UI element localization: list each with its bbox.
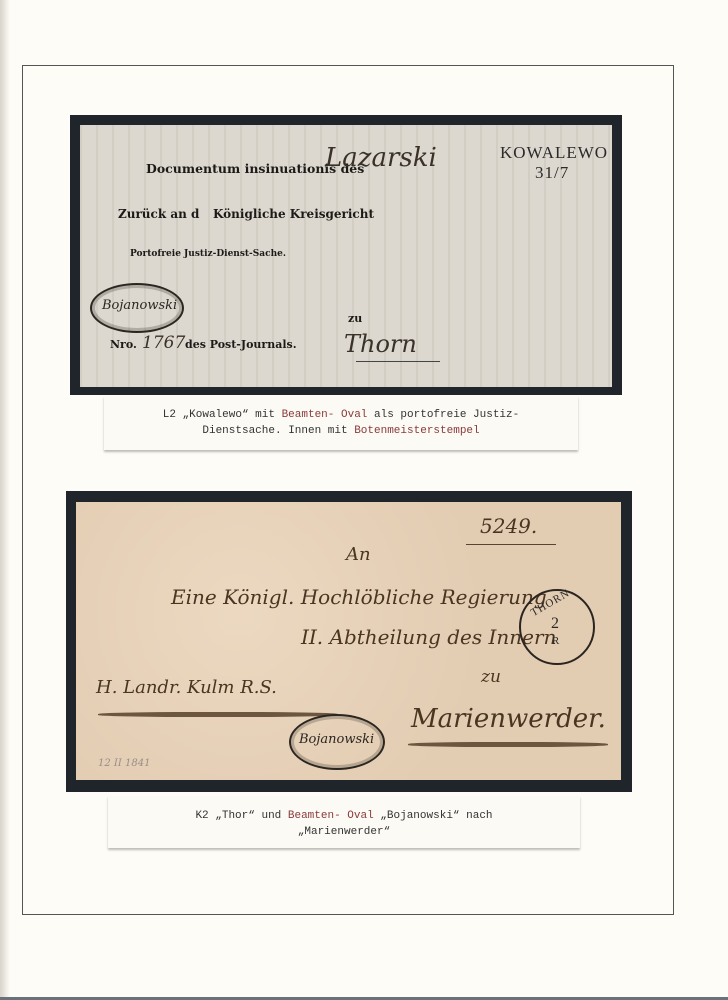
item1-caption-highlight-oval: Beamten- Oval [282,409,368,421]
item1-journal-prefix: Nro. [110,338,137,351]
item2-sender-note: H. Landr. Kulm R.S. [96,677,277,698]
item2-destination-underline [408,742,608,747]
item2-an: An [346,544,371,565]
item1-addressee: Lazarski [325,143,437,173]
item2-caption-highlight-oval: Beamten- Oval [288,810,374,822]
item2-caption: K2 „Thor“ und Beamten- Oval „Bojanowski“… [108,796,580,848]
item2-reference-underline [466,544,556,545]
item1-caption-highlight-boten: Botenmeisterstempel [354,425,479,437]
item1-mount: Documentum insinuationis des Lazarski KO… [70,115,622,395]
item2-pencil-note: 12 II 1841 [98,758,150,769]
item1-oval-stamp: Bojanowski [90,283,184,333]
item1-postfree-line: Portofreie Justiz-Dienst-Sache. [130,249,286,259]
item2-oval-stamp: Bojanowski [289,714,385,770]
item1-caption: L2 „Kowalewo“ mit Beamten- Oval als port… [104,396,578,450]
item1-postmark-town: KOWALEWO [500,143,608,163]
item1-caption-line2: Dienstsache. Innen mit Botenmeisterstemp… [104,423,578,439]
item1-journal-suffix: des Post-Journals. [185,338,297,351]
item2-postmark-month: R [552,635,560,647]
item1-oval-stamp-text: Bojanowski [102,298,177,313]
item2-oval-stamp-text: Bojanowski [299,732,374,747]
item2-address-line1: Eine Königl. Hochlöbliche Regierung [171,585,547,609]
item2-cover: 5249. An Eine Königl. Hochlöbliche Regie… [76,502,621,780]
item2-destination: Marienwerder. [411,704,606,734]
item1-destination-underline [356,361,440,362]
item1-cover: Documentum insinuationis des Lazarski KO… [80,125,612,387]
item1-return-line: Zurück an d [118,207,199,221]
item1-zu: zu [348,312,362,325]
item2-sender-underline [98,712,338,717]
page-left-shadow [0,0,10,1000]
item1-postmark-date: 31/7 [535,163,569,183]
item2-reference-number: 5249. [480,514,537,538]
item1-journal-number: 1767 [142,333,185,353]
item1-destination: Thorn [344,330,417,358]
item1-caption-line1: L2 „Kowalewo“ mit Beamten- Oval als port… [104,407,578,423]
item2-thorn-postmark: THORN 2 R [519,589,595,665]
item2-mount: 5249. An Eine Königl. Hochlöbliche Regie… [66,491,632,792]
item2-zu: zu [481,667,501,687]
item2-caption-line2: „Marienwerder“ [108,824,580,840]
item2-caption-line1: K2 „Thor“ und Beamten- Oval „Bojanowski“… [108,808,580,824]
item2-postmark-day: 2 [551,615,560,633]
item1-court-line: Königliche Kreisgericht [213,207,374,221]
